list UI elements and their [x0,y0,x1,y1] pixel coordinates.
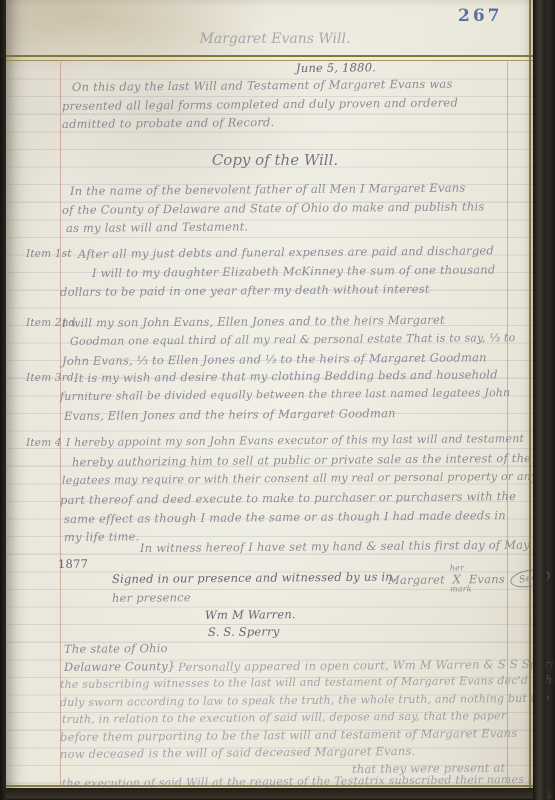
attestation-county: Delaware County} [64,659,176,674]
header-gold-rule [6,55,535,61]
book-binding-right-edge [533,0,555,800]
signed-in-presence-line: Signed in our presence and witnessed by … [112,570,397,586]
document-title: Margaret Evans Will. [140,31,410,47]
probate-date: June 5, 1880. [296,60,376,75]
witness-signature: S. S. Sperry [208,624,280,639]
item-4-line: my life time. [64,529,140,544]
attestation-state: The state of Ohio [64,641,168,656]
page-number: 267 [458,6,503,26]
book-binding-bottom-edge [0,788,555,800]
scanned-will-record-page: 267 Margaret Evans Will. June 5, 1880. O… [0,0,555,800]
will-year: 1877 [58,557,88,571]
item-4-margin-label: Item 4 [26,437,62,449]
witness-signature: Wm M Warren. [205,607,296,622]
item-1-margin-label: Item 1st [26,248,72,260]
her-presence-line: her presence [112,590,191,605]
signature-first-name: Margaret [388,572,445,586]
book-binding-left-edge [0,0,6,800]
copy-of-will-heading: Copy of the Will. [150,151,400,169]
item-3-line: Evans, Ellen Jones and the heirs of Marg… [64,406,396,423]
probate-entry-line: admitted to probate and of Record. [62,115,275,131]
mark-label: mark [450,584,464,593]
testatrix-signature: Margaret her X mark Evans Seal [388,570,550,588]
her-label: her [450,563,464,572]
signature-last-name: Evans [469,571,505,585]
her-mark: her X mark [450,572,464,586]
preamble-line: as my last will and Testament. [66,219,248,235]
item-3-margin-label: Item 3rd [26,372,74,384]
